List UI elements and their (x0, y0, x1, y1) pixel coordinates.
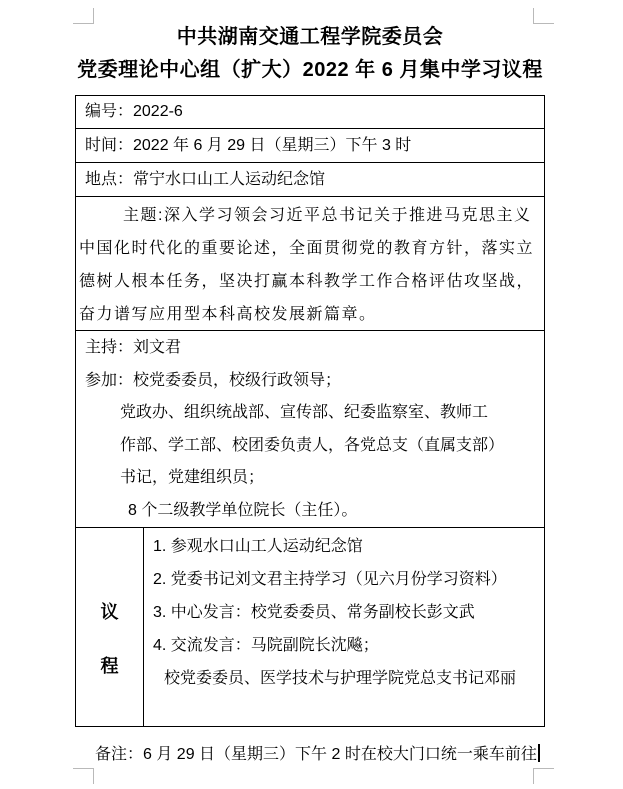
document-page[interactable]: 中共湖南交通工程学院委员会 党委理论中心组（扩大）2022 年 6 月集中学习议… (0, 0, 623, 789)
agenda-item[interactable]: 1. 参观水口山工人运动纪念馆 (153, 530, 544, 563)
agenda-item[interactable]: 2. 党委书记刘文君主持学习（见六月份学习资料） (153, 563, 544, 596)
table-row-time[interactable]: 时间：2022 年 6 月 29 日（星期三）下午 3 时 (76, 129, 544, 163)
topic-line[interactable]: 德树人根本任务，坚决打赢本科教学工作合格评估攻坚战， (79, 265, 541, 298)
agenda-table: 编号：2022-6 时间：2022 年 6 月 29 日（星期三）下午 3 时 … (75, 95, 545, 727)
agenda-label-cell: 议 程 (76, 528, 144, 726)
topic-line[interactable]: 中国化时代化的重要论述，全面贯彻党的教育方针，落实立 (79, 232, 541, 265)
topic-line[interactable]: 主题:深入学习领会习近平总书记关于推进马克思主义 (79, 199, 541, 232)
title-line-1[interactable]: 中共湖南交通工程学院委员会 (75, 21, 545, 54)
agenda-content-cell: 1. 参观水口山工人运动纪念馆 2. 党委书记刘文君主持学习（见六月份学习资料）… (144, 528, 544, 726)
topic-line[interactable]: 奋力谱写应用型本科高校发展新篇章。 (79, 298, 541, 331)
table-row-agenda: 议 程 1. 参观水口山工人运动纪念馆 2. 党委书记刘文君主持学习（见六月份学… (76, 528, 544, 726)
participants-line[interactable]: 参加：校党委委员，校级行政领导； (85, 365, 544, 398)
agenda-item-continuation[interactable]: 校党委委员、医学技术与护理学院党总支书记邓丽 (153, 662, 544, 695)
table-row-number[interactable]: 编号：2022-6 (76, 96, 544, 129)
participants-line[interactable]: 8 个二级教学单位院长（主任）。 (85, 495, 544, 528)
participants-line[interactable]: 作部、学工部、校团委负责人，各党总支（直属支部） (85, 430, 544, 463)
table-row-place[interactable]: 地点：常宁水口山工人运动纪念馆 (76, 163, 544, 197)
document-title: 中共湖南交通工程学院委员会 党委理论中心组（扩大）2022 年 6 月集中学习议… (75, 21, 545, 87)
participants-line[interactable]: 书记，党建组织员； (85, 462, 544, 495)
table-row-participants: 主持：刘文君 参加：校党委委员，校级行政领导； 党政办、组织统战部、宣传部、纪委… (76, 331, 544, 528)
margin-crop-mark-bottom-left (73, 768, 94, 784)
participants-line[interactable]: 党政办、组织统战部、宣传部、纪委监察室、教师工 (85, 397, 544, 430)
participants-line-host[interactable]: 主持：刘文君 (85, 332, 544, 365)
agenda-item[interactable]: 3. 中心发言：校党委委员、常务副校长彭文武 (153, 596, 544, 629)
agenda-label-char[interactable]: 程 (101, 654, 119, 678)
agenda-label-char[interactable]: 议 (101, 600, 119, 624)
title-line-2[interactable]: 党委理论中心组（扩大）2022 年 6 月集中学习议程 (75, 54, 545, 87)
text-cursor (538, 744, 540, 762)
remark-line[interactable]: 备注：6 月 29 日（星期三）下午 2 时在校大门口统一乘车前往 (95, 744, 540, 765)
margin-crop-mark-bottom-right (533, 768, 554, 784)
agenda-item[interactable]: 4. 交流发言：马院副院长沈飚； (153, 629, 544, 662)
table-row-topic: 主题:深入学习领会习近平总书记关于推进马克思主义 中国化时代化的重要论述，全面贯… (76, 197, 544, 331)
remark-text[interactable]: 备注：6 月 29 日（星期三）下午 2 时在校大门口统一乘车前往 (95, 746, 537, 763)
